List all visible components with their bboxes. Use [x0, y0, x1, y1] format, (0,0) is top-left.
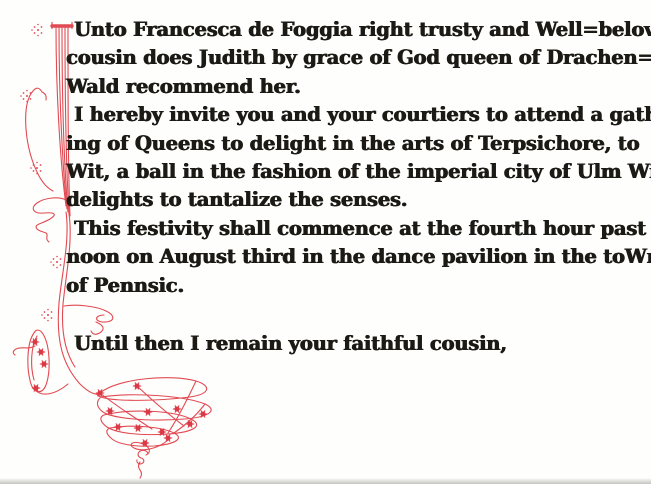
text-line: noon on August third in the dance pavili… — [66, 243, 646, 271]
scan-edge-shadow — [0, 478, 651, 484]
text-line: Wit, a ball in the fashion of the imperi… — [66, 158, 646, 186]
details-paragraph: This festivity shall commence at the fou… — [66, 215, 646, 300]
text-line: ing of Queens to delight in the arts of … — [66, 130, 646, 158]
salutation-paragraph: Unto Francesca de Foggia right trusty an… — [66, 16, 646, 101]
text-line: Unto Francesca de Foggia right trusty an… — [66, 16, 646, 44]
letter-page: Unto Francesca de Foggia right trusty an… — [0, 0, 651, 484]
letter-body: Unto Francesca de Foggia right trusty an… — [66, 16, 646, 358]
text-line: Wald recommend her. — [66, 73, 646, 101]
text-line: Until then I remain your faithful cousin… — [66, 330, 646, 358]
text-line: I hereby invite you and your courtiers t… — [66, 101, 646, 129]
margin-dot-clusters — [20, 24, 61, 322]
text-line: delights to tantalize the senses. — [66, 186, 646, 214]
text-line: cousin does Judith by grace of God queen… — [66, 44, 646, 72]
closing-paragraph: Until then I remain your faithful cousin… — [66, 330, 646, 358]
invitation-paragraph: I hereby invite you and your courtiers t… — [66, 101, 646, 215]
text-line: of Pennsic. — [66, 272, 646, 300]
text-line: This festivity shall commence at the fou… — [66, 215, 646, 243]
